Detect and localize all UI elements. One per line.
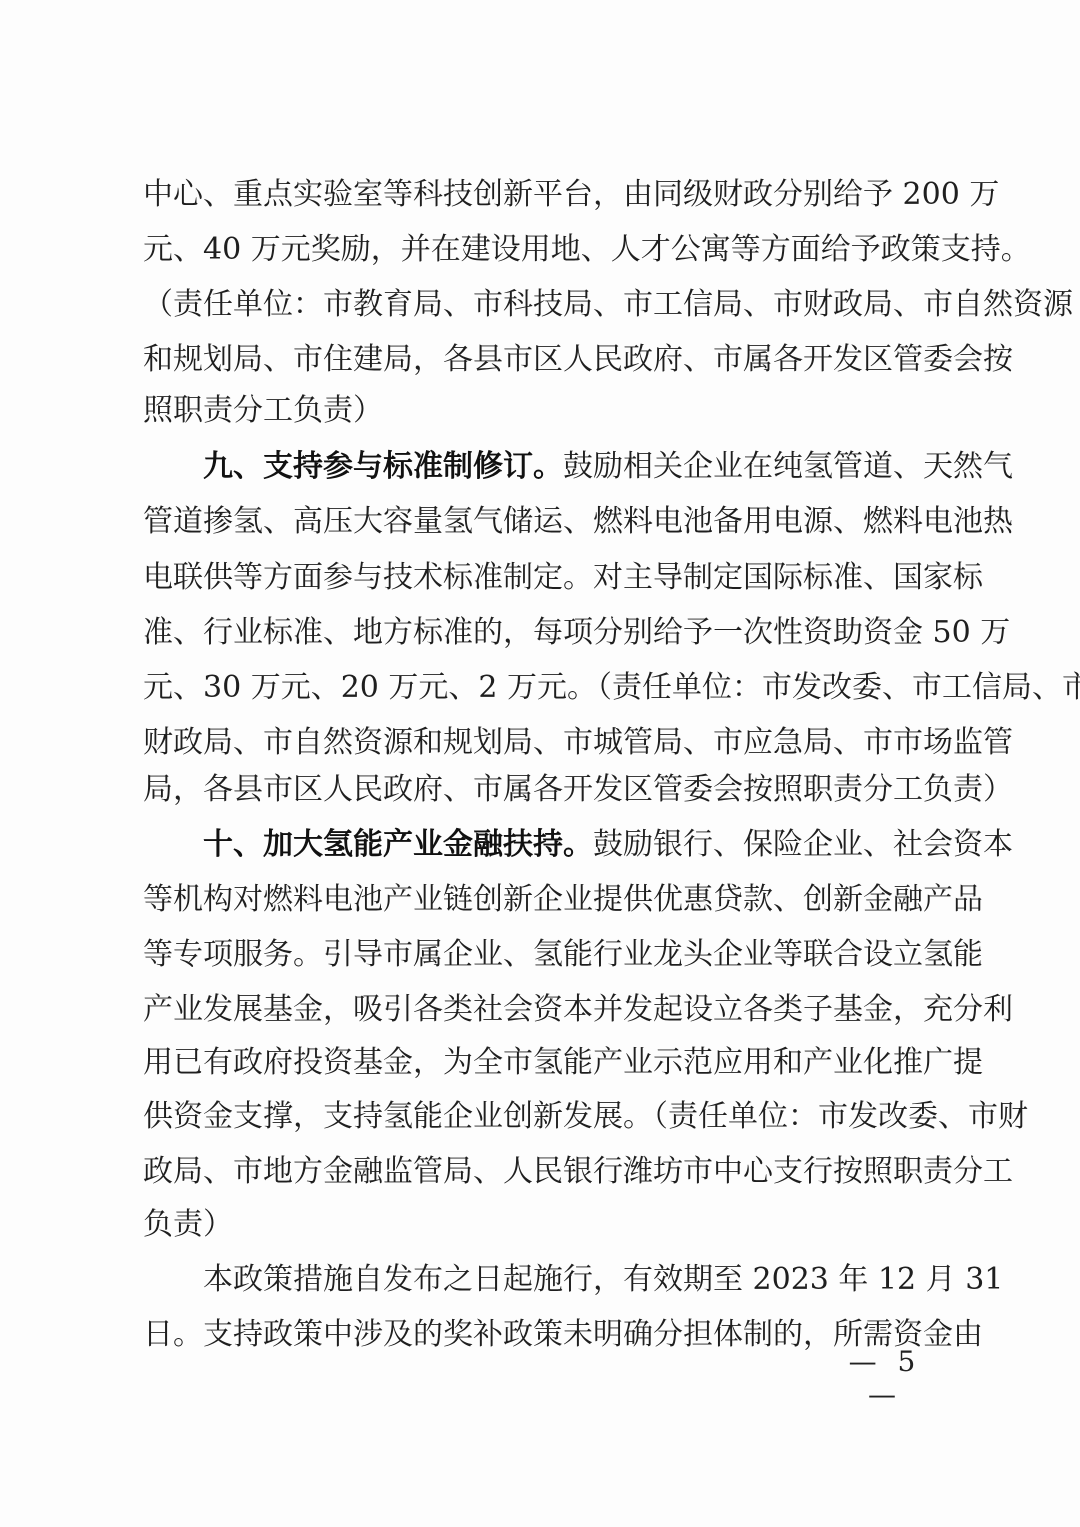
line-text: 照职责分工负责） [143, 393, 383, 428]
text-line: 用已有政府投资基金，为全市氢能产业示范应用和产业化推广提 [143, 1045, 940, 1081]
line-text: 元、30 万元、20 万元、2 万元。（责任单位：市发改委、市工信局、市 [143, 670, 1080, 705]
text-line: 中心、重点实验室等科技创新平台，由同级财政分别给予 200 万 [143, 177, 940, 213]
line-text: 和规划局、市住建局，各县市区人民政府、市属各开发区管委会按 [143, 342, 1013, 377]
line-text: 局，各县市区人民政府、市属各开发区管委会按照职责分工负责） [143, 772, 1013, 807]
text-line: 元、40 万元奖励，并在建设用地、人才公寓等方面给予政策支持。 [143, 232, 940, 268]
text-line: 元、30 万元、20 万元、2 万元。（责任单位：市发改委、市工信局、市 [143, 670, 940, 706]
line-text: 负责） [143, 1207, 233, 1242]
line-text: 管道掺氢、高压大容量氢气储运、燃料电池备用电源、燃料电池热 [143, 504, 1013, 539]
line-text: 用已有政府投资基金，为全市氢能产业示范应用和产业化推广提 [143, 1045, 983, 1080]
line-text: 等专项服务。引导市属企业、氢能行业龙头企业等联合设立氢能 [143, 937, 983, 972]
line-text: 元、40 万元奖励，并在建设用地、人才公寓等方面给予政策支持。 [143, 232, 1031, 267]
line-text: 政局、市地方金融监管局、人民银行潍坊市中心支行按照职责分工 [143, 1154, 1013, 1189]
line-text: 电联供等方面参与技术标准制定。对主导制定国际标准、国家标 [143, 560, 983, 595]
text-line: 产业发展基金，吸引各类社会资本并发起设立各类子基金，充分利 [143, 992, 940, 1028]
line-text: 鼓励银行、保险企业、社会资本 [593, 827, 1013, 862]
text-line: 本政策措施自发布之日起施行，有效期至 2023 年 12 月 31 [203, 1262, 940, 1298]
section-heading-line: 九、支持参与标准制修订。鼓励相关企业在纯氢管道、天然气 [203, 449, 940, 485]
line-text: 鼓励相关企业在纯氢管道、天然气 [563, 449, 1013, 484]
section-heading-line: 十、加大氢能产业金融扶持。鼓励银行、保险企业、社会资本 [203, 827, 940, 863]
line-text: 产业发展基金，吸引各类社会资本并发起设立各类子基金，充分利 [143, 992, 1013, 1027]
text-line: 等机构对燃料电池产业链创新企业提供优惠贷款、创新金融产品 [143, 882, 940, 918]
text-line: 准、行业标准、地方标准的，每项分别给予一次性资助资金 50 万 [143, 615, 940, 651]
text-line: 负责） [143, 1207, 940, 1243]
text-line: 照职责分工负责） [143, 393, 940, 429]
text-line: 等专项服务。引导市属企业、氢能行业龙头企业等联合设立氢能 [143, 937, 940, 973]
line-text: （责任单位：市教育局、市科技局、市工信局、市财政局、市自然资源 [143, 287, 1073, 322]
line-text: 财政局、市自然资源和规划局、市城管局、市应急局、市市场监管 [143, 725, 1013, 760]
page-number: — 5 — [830, 1345, 940, 1411]
text-line: 政局、市地方金融监管局、人民银行潍坊市中心支行按照职责分工 [143, 1154, 940, 1190]
line-text: 供资金支撑，支持氢能企业创新发展。（责任单位：市发改委、市财 [143, 1099, 1028, 1134]
line-text: 准、行业标准、地方标准的，每项分别给予一次性资助资金 50 万 [143, 615, 1010, 650]
line-text: 等机构对燃料电池产业链创新企业提供优惠贷款、创新金融产品 [143, 882, 983, 917]
line-text: 本政策措施自发布之日起施行，有效期至 2023 年 12 月 31 [203, 1262, 1003, 1297]
section-heading-10: 十、加大氢能产业金融扶持。 [203, 827, 593, 862]
text-line: 供资金支撑，支持氢能企业创新发展。（责任单位：市发改委、市财 [143, 1099, 940, 1135]
section-heading-9: 九、支持参与标准制修订。 [203, 449, 563, 484]
text-line: 电联供等方面参与技术标准制定。对主导制定国际标准、国家标 [143, 560, 940, 596]
text-line: 管道掺氢、高压大容量氢气储运、燃料电池备用电源、燃料电池热 [143, 504, 940, 540]
text-line: （责任单位：市教育局、市科技局、市工信局、市财政局、市自然资源 [143, 287, 940, 323]
document-page: 中心、重点实验室等科技创新平台，由同级财政分别给予 200 万 元、40 万元奖… [0, 0, 1080, 1527]
line-text: 中心、重点实验室等科技创新平台，由同级财政分别给予 200 万 [143, 177, 999, 212]
text-line: 局，各县市区人民政府、市属各开发区管委会按照职责分工负责） [143, 772, 940, 808]
text-line: 和规划局、市住建局，各县市区人民政府、市属各开发区管委会按 [143, 342, 940, 378]
text-line: 财政局、市自然资源和规划局、市城管局、市应急局、市市场监管 [143, 725, 940, 761]
text-line: 日。支持政策中涉及的奖补政策未明确分担体制的，所需资金由 [143, 1317, 940, 1353]
